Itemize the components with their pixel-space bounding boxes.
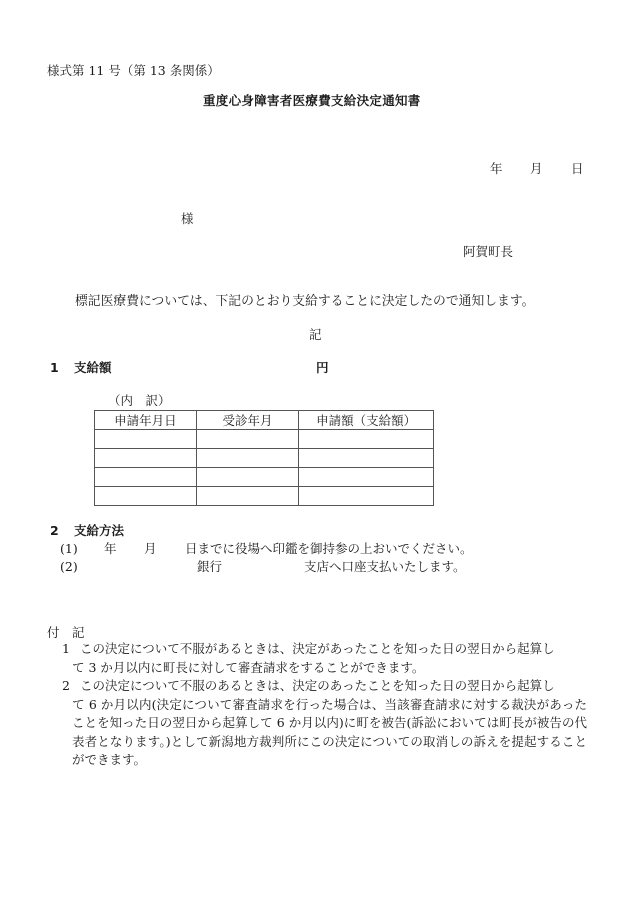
- option2-number: (2): [60, 561, 78, 574]
- header-amount: 申請額（支給額）: [299, 411, 434, 430]
- table-cell: [95, 449, 197, 468]
- option2-text: 支店へ口座支払いたします。: [304, 561, 466, 574]
- section2-label: 支給方法: [74, 525, 124, 538]
- date-month-label: 月: [530, 163, 543, 176]
- header-application-date: 申請年月日: [95, 411, 197, 430]
- table-cell: [196, 468, 299, 487]
- section1-label: 支給額: [74, 362, 112, 375]
- table-cell: [299, 487, 434, 506]
- option1-month-label: 月: [144, 543, 157, 556]
- note-number: 2: [62, 677, 80, 696]
- note-first-line: この決定について不服があるときは、決定があったことを知った日の翌日から起算し: [80, 641, 555, 656]
- table-cell: [196, 430, 299, 449]
- option2-bank-label: 銀行: [197, 561, 222, 574]
- section1-yen-unit: 円: [316, 362, 329, 375]
- table-cell: [196, 487, 299, 506]
- document-title: 重度心身障害者医療費支給決定通知書: [203, 95, 421, 108]
- note-number: 1: [62, 640, 80, 659]
- issuer-name: 阿賀町長: [463, 246, 513, 259]
- table-row: [95, 468, 434, 487]
- notice-body: 標記医療費については、下記のとおり支給することに決定したので通知します。: [75, 296, 534, 309]
- table-cell: [196, 449, 299, 468]
- note-item: 2この決定について不服のあるときは、決定のあったことを知った日の翌日から起算し …: [62, 677, 587, 770]
- form-id: 様式第 11 号（第 13 条関係）: [47, 65, 220, 78]
- breakdown-label: （内 訳）: [108, 395, 171, 408]
- section2-number: 2: [50, 525, 59, 538]
- table-cell: [95, 468, 197, 487]
- note-continuation: て 6 か月以内(決定について審査請求を行った場合は、当該審査請求に対する裁決が…: [62, 696, 587, 770]
- ki-heading: 記: [309, 329, 322, 342]
- header-visit-month: 受診年月: [196, 411, 299, 430]
- table-row: [95, 449, 434, 468]
- addressee-suffix: 様: [181, 213, 194, 226]
- table-header-row: 申請年月日 受診年月 申請額（支給額）: [95, 411, 434, 430]
- table-cell: [299, 468, 434, 487]
- table-cell: [95, 430, 197, 449]
- table-cell: [95, 487, 197, 506]
- notes-label: 付 記: [47, 627, 85, 640]
- section1-number: 1: [50, 362, 59, 375]
- table-row: [95, 487, 434, 506]
- note-item: 1この決定について不服があるときは、決定があったことを知った日の翌日から起算し …: [62, 640, 587, 677]
- table-row: [95, 430, 434, 449]
- note-continuation: て 3 か月以内に町長に対して審査請求をすることができます。: [62, 659, 587, 678]
- date-day-label: 日: [571, 163, 584, 176]
- table-cell: [299, 430, 434, 449]
- option1-text: 日までに役場へ印鑑を御持参の上おいでください。: [185, 543, 473, 556]
- table-cell: [299, 449, 434, 468]
- date-year-label: 年: [490, 163, 503, 176]
- option1-number: (1): [60, 543, 78, 556]
- breakdown-table: 申請年月日 受診年月 申請額（支給額）: [94, 410, 434, 506]
- note-first-line: この決定について不服のあるときは、決定のあったことを知った日の翌日から起算し: [80, 678, 555, 693]
- option1-year-label: 年: [104, 543, 117, 556]
